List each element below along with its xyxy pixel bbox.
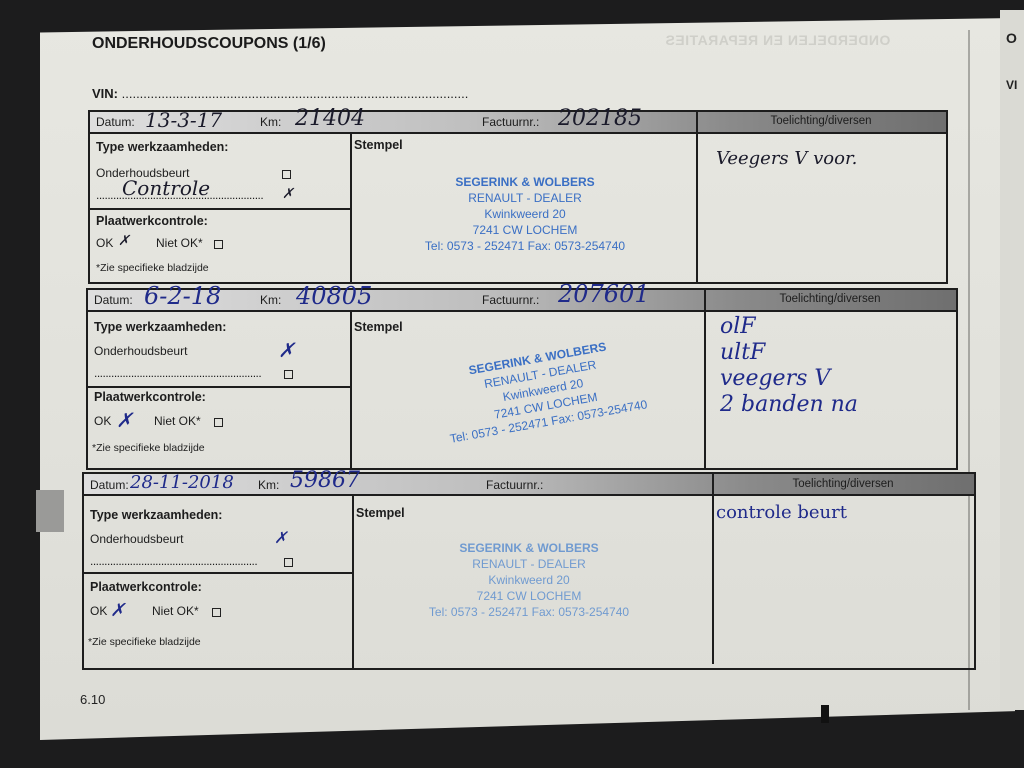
niet-ok-checkbox[interactable]: [214, 418, 223, 427]
factuurnr-value[interactable]: 207601: [558, 280, 650, 308]
onderhoudsbeurt-label: Onderhoudsbeurt: [90, 532, 183, 546]
factuurnr-value[interactable]: 202185: [558, 106, 642, 131]
page-title: ONDERHOUDSCOUPONS (1/6): [92, 35, 326, 53]
factuurnr-label: Factuurnr.:: [482, 115, 539, 129]
onderhoudsbeurt-checkbox[interactable]: ✗: [274, 528, 287, 547]
divider: [84, 572, 352, 574]
vin-value: ........................................…: [122, 86, 469, 101]
coupon-3: Datum: 28-11-2018 Km: 59867 Factuurnr.: …: [82, 472, 976, 670]
vin-field[interactable]: VIN: ...................................…: [92, 86, 468, 101]
divider: [90, 208, 350, 210]
toelichting-header: Toelichting/diversen: [698, 115, 944, 127]
stempel-label: Stempel: [356, 506, 405, 520]
stamp-city: 7241 CW LOCHEM: [424, 588, 634, 604]
divider: [696, 112, 698, 282]
stamp-name: SEGERINK & WOLBERS: [424, 540, 634, 556]
other-work-dots: ........................................…: [94, 366, 261, 380]
toelichting-line: ultF: [720, 340, 858, 366]
ok-checkbox[interactable]: ✗: [118, 233, 130, 249]
other-work-checkbox[interactable]: [284, 558, 293, 567]
vin-label: VIN:: [92, 86, 118, 101]
toelichting-header: Toelichting/diversen: [706, 293, 954, 305]
divider: [712, 474, 714, 664]
stamp-street: Kwinkweerd 20: [420, 206, 630, 222]
ok-checkbox[interactable]: ✗: [110, 600, 125, 621]
dealer-stamp: SEGERINK & WOLBERS RENAULT - DEALER Kwin…: [423, 331, 663, 450]
datum-value[interactable]: 6-2-18: [144, 282, 221, 310]
toelichting-note[interactable]: olF ultF veegers V 2 banden na: [720, 314, 858, 418]
next-page-fragment: O: [1006, 30, 1017, 46]
other-work-dots: ........................................…: [90, 554, 257, 568]
toelichting-note[interactable]: Veegers V voor.: [716, 148, 857, 169]
ok-label: OK: [96, 236, 113, 250]
toelichting-line: olF: [720, 314, 858, 340]
stamp-dealer: RENAULT - DEALER: [424, 556, 634, 572]
footnote: *Zie specifieke bladzijde: [92, 442, 205, 454]
toelichting-header: Toelichting/diversen: [714, 478, 972, 490]
datum-value[interactable]: 13-3-17: [145, 108, 222, 132]
km-value[interactable]: 40805: [296, 282, 372, 310]
factuurnr-label: Factuurnr.:: [482, 293, 539, 307]
divider: [352, 494, 354, 668]
footnote: *Zie specifieke bladzijde: [88, 636, 201, 648]
other-work-checkbox[interactable]: ✗: [282, 186, 294, 202]
next-page-fragment: VI: [1006, 78, 1017, 92]
bleed-through-heading: ONDERDELEN EN REPARATIES: [665, 32, 890, 48]
onderhoudsbeurt-checkbox[interactable]: ✗: [278, 338, 295, 362]
type-label: Type werkzaamheden:: [90, 508, 222, 522]
stempel-label: Stempel: [354, 138, 403, 152]
type-label: Type werkzaamheden:: [96, 140, 228, 154]
km-label: Km:: [260, 115, 281, 129]
toelichting-line: veegers V: [720, 366, 858, 392]
datum-label: Datum:: [94, 293, 133, 307]
divider: [704, 290, 706, 468]
toelichting-note[interactable]: controle beurt: [716, 502, 847, 523]
other-work-checkbox[interactable]: [284, 370, 293, 379]
plaatwerk-label: Plaatwerkcontrole:: [90, 580, 202, 594]
page-number: 6.10: [80, 692, 105, 707]
next-page-edge: O VI: [1000, 10, 1024, 710]
km-label: Km:: [260, 293, 281, 307]
ok-label: OK: [94, 414, 111, 428]
datum-value[interactable]: 28-11-2018: [130, 472, 234, 493]
divider: [88, 386, 350, 388]
onderhoudsbeurt-label: Onderhoudsbeurt: [94, 344, 187, 358]
coupon-2: Datum: 6-2-18 Km: 40805 Factuurnr.: 2076…: [86, 288, 958, 470]
toelichting-line: 2 banden na: [720, 392, 858, 418]
factuurnr-label: Factuurnr.:: [486, 478, 543, 492]
km-value[interactable]: 59867: [290, 468, 360, 493]
niet-ok-checkbox[interactable]: [214, 240, 223, 249]
other-work-value[interactable]: Controle: [122, 176, 210, 200]
plaatwerk-label: Plaatwerkcontrole:: [94, 390, 206, 404]
section-tab-marker: [36, 490, 64, 532]
datum-label: Datum:: [96, 115, 135, 129]
dealer-stamp: SEGERINK & WOLBERS RENAULT - DEALER Kwin…: [420, 174, 630, 254]
stamp-phone: Tel: 0573 - 252471 Fax: 0573-254740: [424, 604, 634, 620]
bookmark-ribbon: [821, 705, 829, 723]
ok-checkbox[interactable]: ✗: [116, 408, 133, 432]
stamp-city: 7241 CW LOCHEM: [420, 222, 630, 238]
km-label: Km:: [258, 478, 279, 492]
onderhoudsbeurt-checkbox[interactable]: [282, 170, 291, 179]
niet-ok-label: Niet OK*: [156, 236, 203, 250]
datum-label: Datum:: [90, 478, 129, 492]
ok-label: OK: [90, 604, 107, 618]
footnote: *Zie specifieke bladzijde: [96, 262, 209, 274]
km-value[interactable]: 21404: [295, 106, 365, 131]
stamp-street: Kwinkweerd 20: [424, 572, 634, 588]
divider: [350, 310, 352, 468]
dealer-stamp: SEGERINK & WOLBERS RENAULT - DEALER Kwin…: [424, 540, 634, 620]
stamp-name: SEGERINK & WOLBERS: [420, 174, 630, 190]
stamp-phone: Tel: 0573 - 252471 Fax: 0573-254740: [420, 238, 630, 254]
coupon-1: Datum: 13-3-17 Km: 21404 Factuurnr.: 202…: [88, 110, 948, 284]
niet-ok-label: Niet OK*: [154, 414, 201, 428]
niet-ok-label: Niet OK*: [152, 604, 199, 618]
niet-ok-checkbox[interactable]: [212, 608, 221, 617]
stamp-dealer: RENAULT - DEALER: [420, 190, 630, 206]
divider: [350, 132, 352, 282]
type-label: Type werkzaamheden:: [94, 320, 226, 334]
stempel-label: Stempel: [354, 320, 403, 334]
plaatwerk-label: Plaatwerkcontrole:: [96, 214, 208, 228]
